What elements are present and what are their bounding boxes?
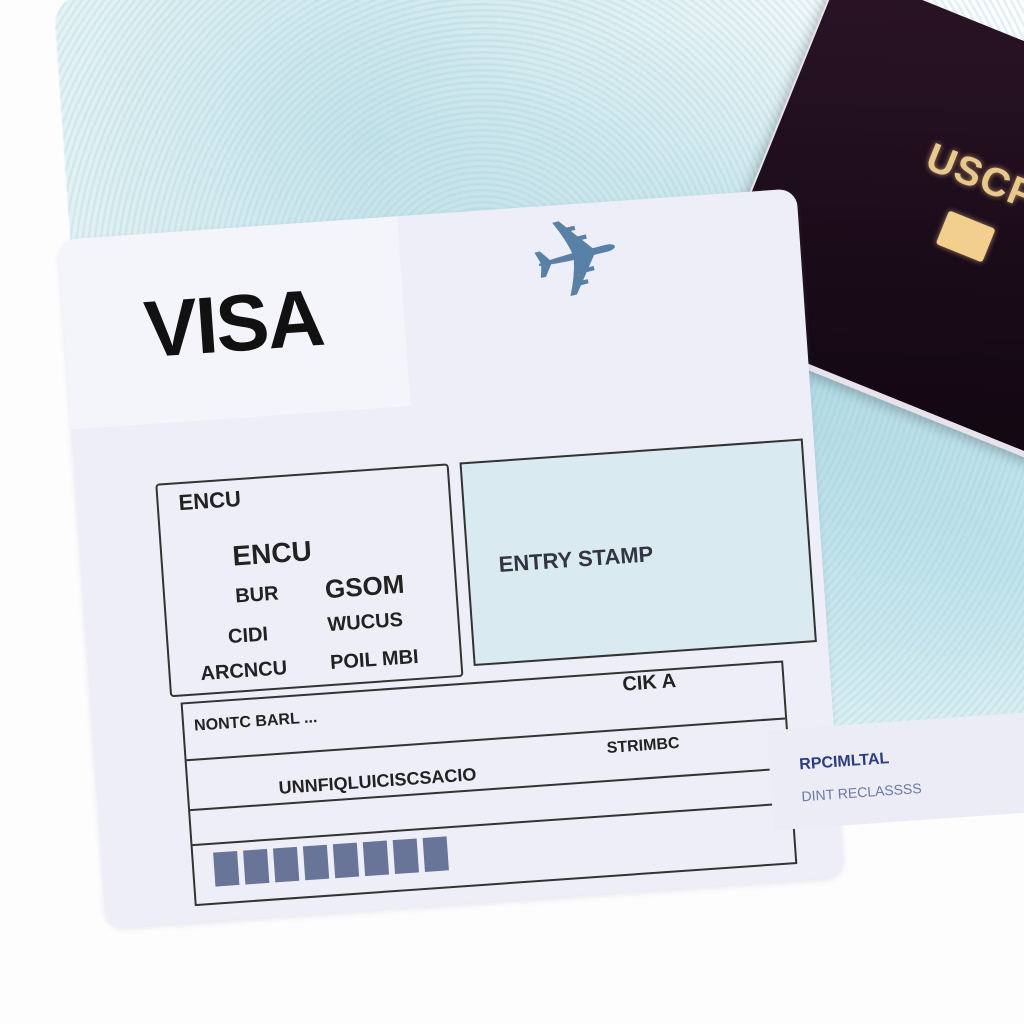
side-strip-line: DINT RECLASSSS [801, 780, 922, 804]
details-line: NONTC BARL ... [194, 709, 318, 736]
details-line: STRIMBC [606, 735, 680, 758]
stamp-line: POIL MBI [329, 646, 419, 675]
visa-header: VISA [58, 216, 410, 429]
stamp-line: ENCU [178, 486, 242, 516]
details-line: CIK A [622, 670, 677, 697]
side-strip: RPCIMLTAL DINT RECLASSSS [767, 710, 1024, 831]
stamp-line: GSOM [324, 569, 405, 605]
stamp-line: BUR [235, 583, 280, 609]
details-line: UNNFIQLUICISCSACIO [278, 764, 477, 799]
entry-stamp-text: ENTRY STAMP [498, 541, 654, 578]
scene: USCPRG VISA ✈ ENCU ENCU BUR GSOM CIDI WU… [0, 0, 1024, 1024]
stamp-line: ENCU [231, 535, 312, 572]
airplane-icon: ✈ [516, 185, 636, 331]
details-box: NONTC BARL ... CIK A STRIMBC UNNFIQLUICI… [181, 660, 798, 906]
visa-title: VISA [141, 272, 326, 376]
stamp-box: ENCU ENCU BUR GSOM CIDI WUCUS ARCNCU POI… [155, 463, 463, 697]
passport-chip [936, 210, 996, 262]
side-strip-line: RPCIMLTAL [799, 750, 890, 774]
stamp-line: CIDI [227, 623, 269, 649]
visa-card: VISA ✈ ENCU ENCU BUR GSOM CIDI WUCUS ARC… [58, 188, 844, 928]
divider [192, 802, 791, 846]
entry-stamp-box: ENTRY STAMP [460, 439, 817, 666]
barcode [213, 836, 449, 886]
stamp-line: ARCNCU [200, 657, 288, 686]
stamp-line: WUCUS [327, 609, 404, 637]
